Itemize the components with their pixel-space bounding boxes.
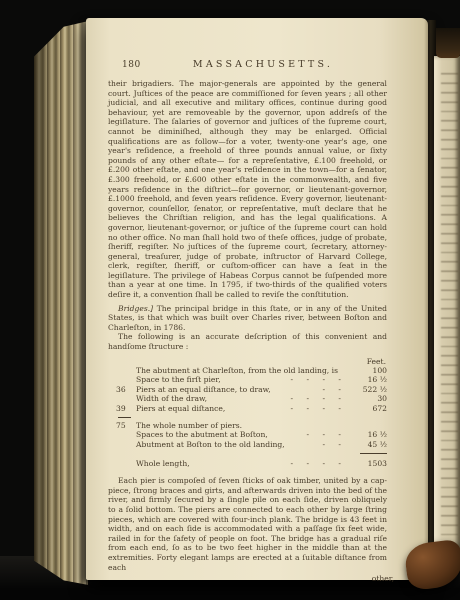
row-value: 1503	[353, 459, 387, 468]
row-description: Piers at equal diſtance,	[136, 404, 225, 413]
row-description: Whole length,	[136, 459, 190, 468]
row-number	[108, 440, 128, 449]
book-photograph: 180 MASSACHUSETTS. their brigadiers. The…	[0, 0, 460, 600]
page-number: 180	[122, 60, 141, 70]
row-value	[353, 421, 387, 430]
bridges-label: Bridges.]	[118, 304, 153, 313]
row-leader: - -	[271, 385, 353, 394]
row-number: 36	[108, 385, 128, 394]
row-description: Space to the firſt pier,	[136, 375, 221, 384]
row-value: 672	[353, 404, 387, 413]
row-number: 75	[108, 421, 128, 430]
row-leader: - - -	[268, 430, 353, 439]
book-page: 180 MASSACHUSETTS. their brigadiers. The…	[86, 18, 428, 580]
closing-paragraph: Each pier is compoſed of ſeven ſticks of…	[108, 476, 387, 572]
description-intro: The following is an accurate deſcription…	[108, 332, 387, 351]
measurement-table: The abutment at Charleſton, from the old…	[108, 366, 387, 468]
row-description: The whole number of piers.	[136, 421, 242, 430]
table-row: 39 Piers at equal diſtance, - - - - 672	[108, 404, 387, 413]
row-value: 30	[353, 394, 387, 403]
running-head: MASSACHUSETTS.	[148, 59, 378, 70]
text-block: their brigadiers. The major-generals are…	[108, 79, 387, 584]
page-edges-stack	[34, 20, 88, 586]
table-row: 75 The whole number of piers.	[108, 421, 387, 430]
table-unit-header: Feet.	[108, 357, 387, 366]
row-leader: - - - -	[225, 404, 353, 413]
row-value: 16 ½	[353, 375, 387, 384]
row-number	[108, 394, 128, 403]
row-value: 45 ½	[353, 440, 387, 449]
table-row: 36 Piers at an equal diſtance, to draw, …	[108, 385, 387, 394]
row-value: 522 ½	[353, 385, 387, 394]
row-description: Width of the draw,	[136, 394, 207, 403]
row-leader: - -	[285, 440, 353, 449]
catchword: other,	[108, 574, 394, 584]
body-paragraph: their brigadiers. The major-generals are…	[108, 79, 387, 300]
row-number	[108, 459, 128, 468]
row-leader: - - - -	[221, 375, 353, 384]
row-description: Spaces to the abutment at Boſton,	[136, 430, 268, 439]
table-row: Spaces to the abutment at Boſton, - - - …	[108, 430, 387, 439]
adjacent-page-blurred-text	[441, 70, 458, 540]
table-row: Abutment at Boſton to the old landing, -…	[108, 440, 387, 449]
table-group-2: 75 The whole number of piers. Spaces to …	[108, 421, 387, 449]
row-number	[108, 430, 128, 439]
total-sum-rule	[360, 453, 387, 454]
table-row: Space to the firſt pier, - - - - 16 ½	[108, 375, 387, 384]
binding-fragment-top	[436, 28, 460, 58]
table-row: The abutment at Charleſton, from the old…	[108, 366, 387, 375]
row-leader: - - - -	[207, 394, 353, 403]
pier-sum-rule	[118, 417, 131, 418]
bridges-paragraph: Bridges.] The principal bridge in this ſ…	[108, 304, 387, 333]
row-number	[108, 366, 128, 375]
row-description: The abutment at Charleſton, from the old…	[136, 366, 338, 375]
row-description: Piers at an equal diſtance, to draw,	[136, 385, 271, 394]
row-value: 100	[353, 366, 387, 375]
row-value: 16 ½	[353, 430, 387, 439]
table-row: Width of the draw, - - - - 30	[108, 394, 387, 403]
row-number: 39	[108, 404, 128, 413]
row-leader	[338, 366, 353, 375]
row-leader: - - - -	[190, 459, 353, 468]
whole-length-row: Whole length, - - - - 1503	[108, 459, 387, 468]
row-number	[108, 375, 128, 384]
adjacent-page-sliver	[434, 56, 460, 558]
row-leader	[242, 421, 353, 430]
row-description: Abutment at Boſton to the old landing,	[136, 440, 285, 449]
